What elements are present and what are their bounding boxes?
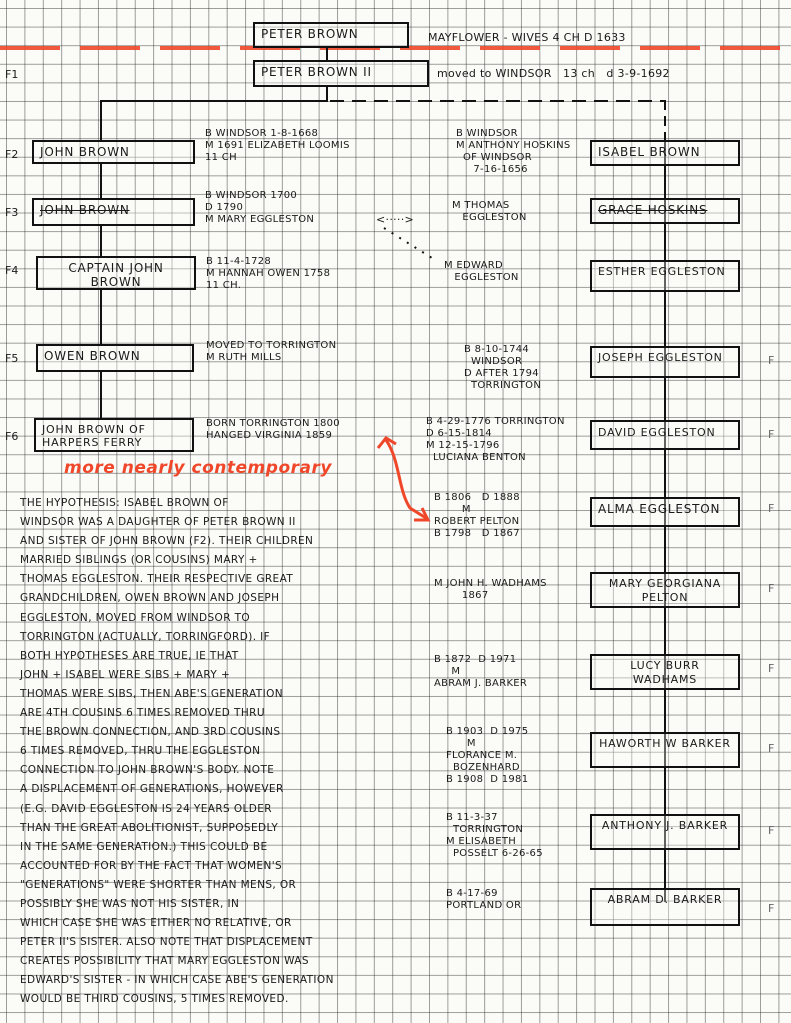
person-notes: b WINDSOR 1-8-1668 m 1691 ELIZABETH LOOM… xyxy=(205,128,350,164)
hypothesis-line: IN THE SAME GENERATION.) THIS COULD BE xyxy=(20,838,412,857)
hypothesis-line: EGGLESTON, MOVED FROM WINDSOR TO xyxy=(20,609,412,628)
hypothesis-line: (E.G. DAVID EGGLESTON IS 24 YEARS OLDER xyxy=(20,800,412,819)
hypothesis-line: ACCOUNTED FOR BY THE FACT THAT WOMEN'S xyxy=(20,857,412,876)
hypothesis-line: TORRINGTON (ACTUALLY, TORRINGFORD). IF xyxy=(20,628,412,647)
margin-label: F xyxy=(768,582,774,595)
person-name: PETER BROWN xyxy=(261,27,359,41)
person-name: GRACE HOSKINS xyxy=(598,203,707,217)
person-notes: b 1903 d 1975 m FLORANCE M. BOZENHARD b … xyxy=(446,726,528,786)
person-name: JOHN BROWN xyxy=(40,203,130,217)
person-box-mary-georgiana-pelton: MARY GEORGIANA PELTON xyxy=(590,572,740,608)
person-box-captain-john-brown: CAPTAIN JOHN BROWN xyxy=(36,256,196,290)
generation-label: F6 xyxy=(5,430,18,443)
person-name: ABRAM D. BARKER xyxy=(608,893,723,906)
generation-label: F4 xyxy=(5,264,18,277)
person-box-david-eggleston: DAVID EGGLESTON xyxy=(590,420,740,450)
hypothesis-line: WOULD BE THIRD COUSINS, 5 TIMES REMOVED. xyxy=(20,990,412,1009)
dashed-hypothetical-link xyxy=(664,100,666,142)
hypothesis-line: WINDSOR WAS A DAUGHTER OF PETER BROWN II xyxy=(20,513,412,532)
connector-line xyxy=(100,290,102,344)
person-notes: moved to TORRINGTON m RUTH MILLS xyxy=(206,340,336,364)
hypothesis-text: THE HYPOTHESIS: ISABEL BROWN OFWINDSOR W… xyxy=(20,494,412,1010)
person-box-anthony-j-barker: ANTHONY J. BARKER xyxy=(590,814,740,850)
connector-line xyxy=(100,372,102,418)
hypothesis-line: AND SISTER OF JOHN BROWN (F2). THEIR CHI… xyxy=(20,532,412,551)
person-name: DAVID EGGLESTON xyxy=(598,426,716,439)
person-name: JOSEPH EGGLESTON xyxy=(598,351,723,364)
generation-label: F3 xyxy=(5,206,18,219)
connector-line xyxy=(326,48,328,60)
hypothesis-line: 6 TIMES REMOVED, THRU THE EGGLESTON xyxy=(20,742,412,761)
person-box-owen-brown: OWEN BROWN xyxy=(36,344,194,372)
person-name: ESTHER EGGLESTON xyxy=(598,265,725,278)
person-notes: b 1806 d 1888 m ROBERT PELTON b 1798 d 1… xyxy=(434,492,520,540)
hypothesis-line: PETER II'S SISTER. ALSO NOTE THAT DISPLA… xyxy=(20,933,412,952)
person-notes: b 4-29-1776 TORRINGTON d 6-15-1814 m 12-… xyxy=(426,416,565,464)
person-notes: BORN TORRINGTON 1800 HANGED VIRGINIA 185… xyxy=(206,418,340,442)
person-notes: m JOHN H. WADHAMS 1867 xyxy=(434,578,547,602)
generation-label: F5 xyxy=(5,352,18,365)
margin-label: F xyxy=(768,354,774,367)
hypothesis-line: CREATES POSSIBILITY THAT MARY EGGLESTON … xyxy=(20,952,412,971)
connector-line xyxy=(326,87,328,101)
person-notes: m EDWARD EGGLESTON xyxy=(444,260,519,284)
connector-line xyxy=(100,226,102,256)
hypothesis-line: CONNECTION TO JOHN BROWN'S BODY. NOTE xyxy=(20,761,412,780)
hypothesis-line: BOTH HYPOTHESES ARE TRUE, IE THAT xyxy=(20,647,412,666)
person-notes: b 11-4-1728 m HANNAH OWEN 1758 11 ch. xyxy=(206,256,330,292)
hypothesis-line: EDWARD'S SISTER - IN WHICH CASE ABE'S GE… xyxy=(20,971,412,990)
person-notes: b 11-3-37 TORRINGTON m ELISABETH POSSELT… xyxy=(446,812,543,860)
person-box-peter-brown: PETER BROWN xyxy=(253,22,409,48)
person-name: JOHN BROWN xyxy=(40,145,130,159)
person-box-alma-eggleston: ALMA EGGLESTON xyxy=(590,497,740,527)
person-name: ALMA EGGLESTON xyxy=(598,502,720,516)
hypothesis-line: ARE 4TH COUSINS 6 TIMES REMOVED THRU xyxy=(20,704,412,723)
hypothesis-line: THE HYPOTHESIS: ISABEL BROWN OF xyxy=(20,494,412,513)
margin-label: F xyxy=(768,662,774,675)
person-notes: b WINDSOR 1700 d 1790 m MARY EGGLESTON xyxy=(205,190,314,226)
person-name: LUCY BURR WADHAMS xyxy=(630,659,699,686)
person-name: ANTHONY J. BARKER xyxy=(602,819,728,832)
person-box-grace-hoskins: GRACE HOSKINS xyxy=(590,198,740,224)
f1-note: moved to WINDSOR 13 ch d 3-9-1692 xyxy=(437,68,670,80)
person-name: PETER BROWN II xyxy=(261,65,372,79)
person-box-haworth-w-barker: HAWORTH W BARKER xyxy=(590,732,740,768)
connector-line xyxy=(100,164,102,198)
hypothesis-line: THE BROWN CONNECTION, AND 3RD COUSINS xyxy=(20,723,412,742)
person-notes: b 4-17-69 PORTLAND OR xyxy=(446,888,521,912)
hypothesis-line: THOMAS EGGLESTON. THEIR RESPECTIVE GREAT xyxy=(20,570,412,589)
hypothesis-line: A DISPLACEMENT OF GENERATIONS, HOWEVER xyxy=(20,780,412,799)
margin-label: F xyxy=(768,824,774,837)
connector-line xyxy=(100,100,328,102)
person-box-peter-brown-ii: PETER BROWN II xyxy=(253,60,429,87)
person-box-lucy-burr-wadhams: LUCY BURR WADHAMS xyxy=(590,654,740,690)
dotted-connector xyxy=(380,222,440,264)
hypothesis-line: THOMAS WERE SIBS, THEN ABE'S GENERATION xyxy=(20,685,412,704)
person-notes: b 8-10-1744 WINDSOR d after 1794 TORRING… xyxy=(464,344,541,392)
person-box-isabel-brown: ISABEL BROWN xyxy=(590,140,740,166)
hypothesis-line: "GENERATIONS" WERE SHORTER THAN MENS, OR xyxy=(20,876,412,895)
generation-label: F2 xyxy=(5,148,18,161)
person-notes: m THOMAS EGGLESTON xyxy=(452,200,527,224)
person-box-abram-d-barker: ABRAM D. BARKER xyxy=(590,888,740,926)
generation-label-f1: F1 xyxy=(5,68,18,81)
margin-label: F xyxy=(768,428,774,441)
person-name: ISABEL BROWN xyxy=(598,145,700,159)
dashed-hypothetical-link xyxy=(330,100,666,102)
person-name: MARY GEORGIANA PELTON xyxy=(609,577,721,604)
connector-line xyxy=(100,100,102,140)
person-box-joseph-eggleston: JOSEPH EGGLESTON xyxy=(590,346,740,378)
annotation-more-nearly-contemporary: more nearly contemporary xyxy=(64,458,332,478)
hypothesis-line: GRANDCHILDREN, OWEN BROWN and JOSEPH xyxy=(20,589,412,608)
person-name: JOHN BROWN OF HARPERS FERRY xyxy=(42,423,146,449)
margin-label: F xyxy=(768,742,774,755)
margin-label: F xyxy=(768,902,774,915)
person-notes: b 1872 d 1971 m ABRAM J. BARKER xyxy=(434,654,527,690)
hypothesis-line: WHICH CASE SHE WAS EITHER NO RELATIVE, O… xyxy=(20,914,412,933)
person-box-esther-eggleston: ESTHER EGGLESTON xyxy=(590,260,740,292)
hypothesis-line: THAN THE GREAT ABOLITIONIST, SUPPOSEDLY xyxy=(20,819,412,838)
hypothesis-line: MARRIED SIBLINGS (OR COUSINS) MARY + xyxy=(20,551,412,570)
person-box-john-brown-f2: JOHN BROWN xyxy=(32,140,195,164)
person-name: HAWORTH W BARKER xyxy=(599,737,731,750)
person-notes: b WINDSOR m ANTHONY HOSKINS of WINDSOR 7… xyxy=(456,128,571,176)
margin-label: F xyxy=(768,502,774,515)
root-note: MAYFLOWER - WIVES 4 ch d 1633 xyxy=(428,32,626,44)
hypothesis-line: JOHN + ISABEL WERE SIBS + MARY + xyxy=(20,666,412,685)
person-box-john-brown-harpers-ferry: JOHN BROWN OF HARPERS FERRY xyxy=(34,418,194,452)
person-box-john-brown-f3: JOHN BROWN xyxy=(32,198,195,226)
person-name: OWEN BROWN xyxy=(44,349,141,363)
hypothesis-line: POSSIBLY SHE WAS NOT HIS SISTER, IN xyxy=(20,895,412,914)
person-name: CAPTAIN JOHN BROWN xyxy=(68,261,163,289)
